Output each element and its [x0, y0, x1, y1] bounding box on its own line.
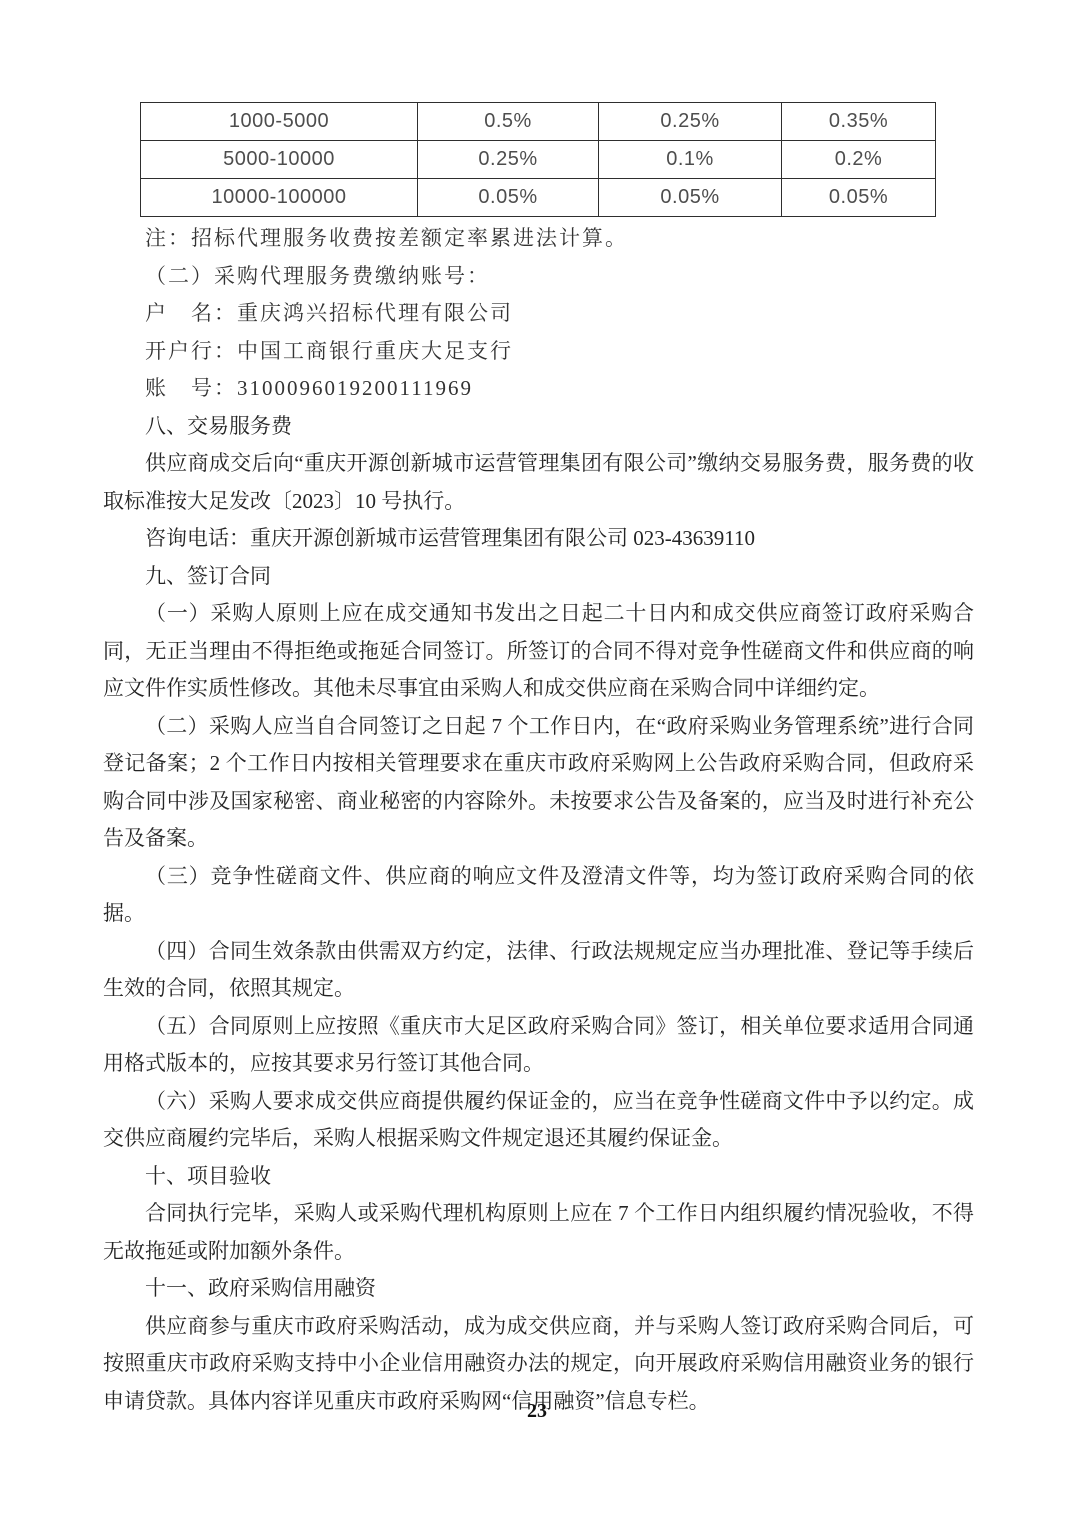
- fee-note-line: 注：招标代理服务收费按差额定率累进法计算。: [103, 220, 974, 258]
- document-page: 1000-5000 0.5% 0.25% 0.35% 5000-10000 0.…: [0, 0, 1074, 1520]
- table-cell-rate: 0.05%: [418, 179, 599, 217]
- section-11-heading-credit-financing: 十一、政府采购信用融资: [103, 1270, 974, 1308]
- section-8-heading-transaction-fee: 八、交易服务费: [103, 408, 974, 446]
- table-cell-rate: 0.35%: [782, 103, 936, 141]
- table-cell-rate: 0.25%: [418, 141, 599, 179]
- account-number-line: 账 号：3100096019200111969: [103, 370, 974, 408]
- clause-2-paragraph: （二）采购人应当自合同签订之日起 7 个工作日内，在“政府采购业务管理系统”进行…: [103, 708, 974, 858]
- body-text: 注：招标代理服务收费按差额定率累进法计算。 （二）采购代理服务费缴纳账号： 户 …: [103, 220, 974, 1420]
- table-cell-rate: 0.25%: [599, 103, 782, 141]
- page-number: 23: [0, 1400, 1074, 1423]
- table-cell-amount-range: 10000-100000: [141, 179, 418, 217]
- table-cell-rate: 0.5%: [418, 103, 599, 141]
- inquiry-phone-line: 咨询电话：重庆开源创新城市运营管理集团有限公司 023-43639110: [103, 520, 974, 558]
- payment-account-heading: （二）采购代理服务费缴纳账号：: [103, 258, 974, 296]
- page-content: 1000-5000 0.5% 0.25% 0.35% 5000-10000 0.…: [0, 0, 1074, 1420]
- bank-branch-line: 开户行：中国工商银行重庆大足支行: [103, 333, 974, 371]
- table-cell-rate: 0.05%: [782, 179, 936, 217]
- section-10-heading-acceptance: 十、项目验收: [103, 1158, 974, 1196]
- table-row: 1000-5000 0.5% 0.25% 0.35%: [141, 103, 936, 141]
- acceptance-paragraph: 合同执行完毕，采购人或采购代理机构原则上应在 7 个工作日内组织履约情况验收，不…: [103, 1195, 974, 1270]
- clause-3-paragraph: （三）竞争性磋商文件、供应商的响应文件及澄清文件等，均为签订政府采购合同的依据。: [103, 858, 974, 933]
- table-cell-rate: 0.05%: [599, 179, 782, 217]
- clause-4-paragraph: （四）合同生效条款由供需双方约定，法律、行政法规规定应当办理批准、登记等手续后生…: [103, 933, 974, 1008]
- section-9-heading-contract-signing: 九、签订合同: [103, 558, 974, 596]
- table-cell-amount-range: 1000-5000: [141, 103, 418, 141]
- clause-1-paragraph: （一）采购人原则上应在成交通知书发出之日起二十日内和成交供应商签订政府采购合同，…: [103, 595, 974, 708]
- agency-fee-rate-table: 1000-5000 0.5% 0.25% 0.35% 5000-10000 0.…: [140, 102, 936, 217]
- table-cell-rate: 0.2%: [782, 141, 936, 179]
- table-row: 5000-10000 0.25% 0.1% 0.2%: [141, 141, 936, 179]
- account-name-line: 户 名：重庆鸿兴招标代理有限公司: [103, 295, 974, 333]
- table-row: 10000-100000 0.05% 0.05% 0.05%: [141, 179, 936, 217]
- table-cell-rate: 0.1%: [599, 141, 782, 179]
- clause-6-paragraph: （六）采购人要求成交供应商提供履约保证金的，应当在竞争性磋商文件中予以约定。成交…: [103, 1083, 974, 1158]
- transaction-fee-paragraph: 供应商成交后向“重庆开源创新城市运营管理集团有限公司”缴纳交易服务费，服务费的收…: [103, 445, 974, 520]
- table-cell-amount-range: 5000-10000: [141, 141, 418, 179]
- clause-5-paragraph: （五）合同原则上应按照《重庆市大足区政府采购合同》签订，相关单位要求适用合同通用…: [103, 1008, 974, 1083]
